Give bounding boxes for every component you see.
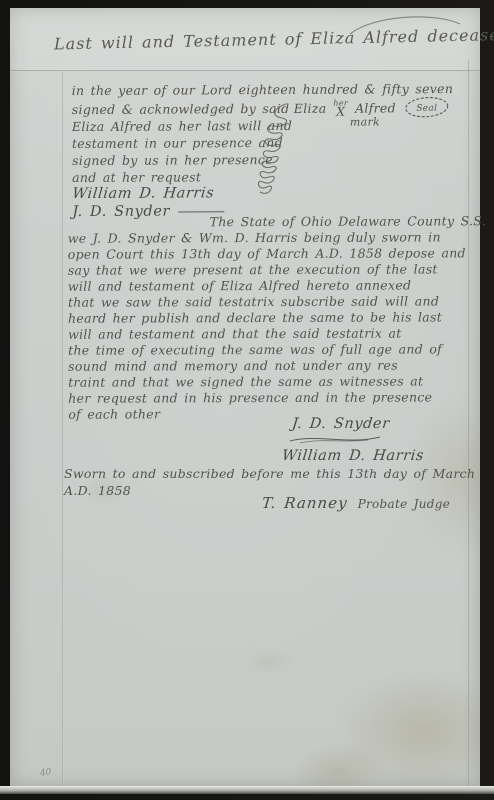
coil-flourish — [252, 100, 292, 212]
testator-last-name: Alfred — [355, 100, 396, 115]
judge-signature-line: T. Ranney Probate Judge — [262, 494, 450, 512]
book-binding-edge — [0, 786, 494, 794]
mark-x-glyph: X — [336, 108, 345, 116]
affidavit-line: heard her publish and declare the same t… — [68, 309, 472, 326]
left-margin-crease — [62, 72, 64, 786]
horizontal-crease — [10, 70, 480, 72]
affidavit-line: of each other — [68, 405, 472, 422]
mark-word-mark: mark — [350, 115, 380, 128]
pencil-corner-mark: 40 — [39, 767, 52, 778]
affidavit-line: that we saw the said testatrix subscribe… — [68, 293, 472, 310]
deponent-signature-harris: William D. Harris — [281, 448, 425, 464]
affidavit-line: we J. D. Snyder & Wm. D. Harris being du… — [68, 229, 472, 246]
affidavit-paragraph: The State of Ohio Delaware County S.S. w… — [68, 213, 473, 422]
affidavit-line: sound mind and memory and not under any … — [68, 357, 472, 374]
jurat-line-1: Sworn to and subscribed before me this 1… — [64, 466, 475, 481]
affidavit-line: will and testament and that the said tes… — [68, 325, 472, 342]
affidavit-line: open Court this 13th day of March A.D. 1… — [68, 245, 472, 262]
affidavit-line: traint and that we signed the same as wi… — [68, 373, 472, 390]
scan-dark-frame: Last will and Testament of Eliza Alfred … — [0, 0, 494, 800]
judge-name: T. Ranney — [261, 494, 348, 512]
affidavit-heading: The State of Ohio Delaware County S.S. — [210, 213, 472, 230]
jurat-line-2: A.D. 1858 — [64, 483, 131, 498]
testator-first-name: Eliza — [294, 100, 327, 115]
affidavit-line: her request and in his presence and in t… — [68, 389, 472, 406]
seal-label: Seal — [416, 104, 437, 114]
signature-underline-flourish — [288, 434, 384, 446]
document-page: Last will and Testament of Eliza Alfred … — [10, 8, 480, 786]
affidavit-line: will and testament of Eliza Alfred heret… — [68, 277, 472, 294]
judge-title: Probate Judge — [358, 497, 451, 511]
affidavit-line: say that we were present at the executio… — [68, 261, 472, 278]
her-mark-stack: her X — [333, 100, 348, 116]
deponent-signature-snyder: J. D. Snyder — [291, 416, 390, 432]
seal-icon: Seal — [403, 95, 451, 119]
affidavit-line: the time of executing the same was of fu… — [68, 341, 472, 358]
flourish-dash — [178, 211, 224, 212]
